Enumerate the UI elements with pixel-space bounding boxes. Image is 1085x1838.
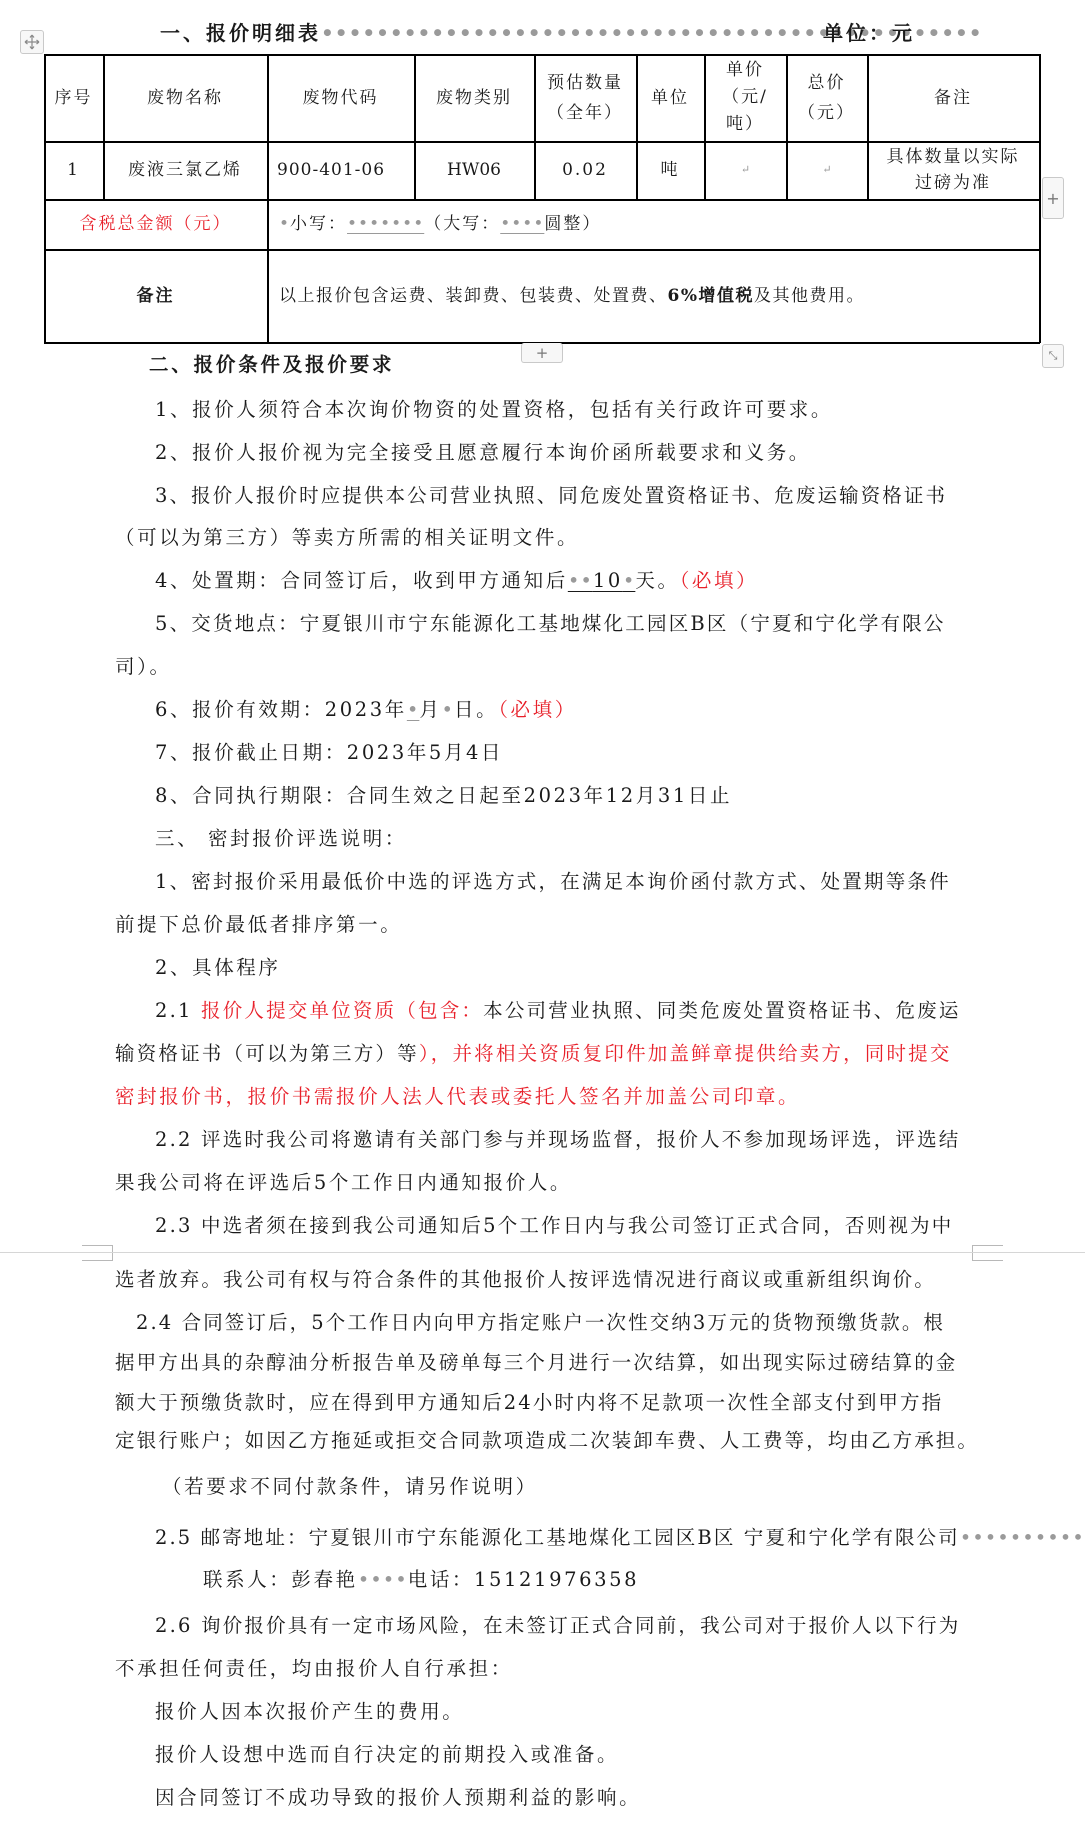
move-arrows-icon xyxy=(24,34,40,50)
add-column-button[interactable]: + xyxy=(1042,177,1064,219)
table-move-handle[interactable] xyxy=(20,30,44,54)
procedure-2-4-line4: 定银行账户；如因乙方拖延或拒交合同款项造成二次装卸车费、人工费等，均由乙方承担。 xyxy=(115,1428,979,1454)
condition-item-1: 1、报价人须符合本次询价物资的处置资格，包括有关行政许可要求。 xyxy=(155,397,833,423)
condition-item-8: 8、合同执行期限：合同生效之日起至2023年12月31日止 xyxy=(155,783,732,809)
header-waste-category: 废物类别 xyxy=(414,54,534,141)
evaluation-p1-line2: 前提下总价最低者排序第一。 xyxy=(115,912,402,938)
plus-icon: + xyxy=(1046,189,1059,208)
procedure-2-3-line2: 选者放弃。我公司有权与符合条件的其他报价人按评选情况进行商议或重新组织询价。 xyxy=(115,1267,936,1293)
condition-item-2: 2、报价人报价视为完全接受且愿意履行本询价函所载要求和义务。 xyxy=(155,440,811,466)
plus-icon: + xyxy=(536,344,549,362)
amount-uppercase-input[interactable]: •••• xyxy=(500,209,544,239)
row-waste-category[interactable]: HW06 xyxy=(414,141,534,199)
header-remark: 备注 xyxy=(867,54,1039,141)
header-estimated-quantity: 预估数量（全年） xyxy=(534,54,636,141)
row-index[interactable]: 1 xyxy=(44,141,103,199)
remark-text: 以上报价包含运费、装卸费、包装费、处置费、6%增值税及其他费用。 xyxy=(267,249,1039,342)
section3-title: 三、 密封报价评选说明： xyxy=(155,826,407,852)
procedure-2-6-line2: 不承担任何责任，均由报价人自行承担： xyxy=(115,1656,513,1682)
required-mark: （必填） xyxy=(498,698,577,721)
phone-number: 15121976358 xyxy=(474,1568,639,1591)
procedure-2-3-line1: 2.3 中选者须在接到我公司通知后5个工作日内与我公司签订正式合同，否则视为中 xyxy=(155,1213,953,1239)
header-index: 序号 xyxy=(44,54,103,141)
condition-item-3-line1: 3、报价人报价时应提供本公司营业执照、同危废处置资格证书、危废运输资格证书 xyxy=(155,483,947,509)
procedure-2-2-line1: 2.2 评选时我公司将邀请有关部门参与并现场监督，报价人不参加现场评选，评选结 xyxy=(155,1127,961,1153)
disclaimer-item-3: 因合同签订不成功导致的报价人预期利益的影响。 xyxy=(155,1785,641,1811)
condition-item-3-line2: （可以为第三方）等卖方所需的相关证明文件。 xyxy=(115,525,579,551)
condition-item-7: 7、报价截止日期：2023年5月4日 xyxy=(155,740,503,766)
condition-item-5-line1: 5、交货地点：宁夏银川市宁东能源化工基地煤化工园区B区（宁夏和宁化学有限公 xyxy=(155,611,946,637)
amount-lowercase-input[interactable]: ••••••• xyxy=(347,209,424,239)
header-waste-name: 废物名称 xyxy=(103,54,267,141)
page-break-line xyxy=(0,1252,1085,1253)
contact-line: 联系人：彭春艳••••电话：15121976358 xyxy=(203,1567,639,1593)
procedure-2-4-line3: 额大于预缴货款时，应在得到甲方通知后24小时内将不足款项一次性全部支付到甲方指 xyxy=(115,1390,943,1416)
procedure-2-2-line2: 果我公司将在评选后5个工作日内通知报价人。 xyxy=(115,1170,572,1196)
unit-label: 单位：元 xyxy=(823,20,915,46)
total-amount-field[interactable]: •小写： ••••••• （大写： •••• 圆整） xyxy=(267,199,1039,249)
procedure-2-6-line1: 2.6 询价报价具有一定市场风险，在未签订正式合同前，我公司对于报价人以下行为 xyxy=(155,1613,961,1639)
evaluation-p1-line1: 1、密封报价采用最低价中选的评选方式，在满足本询价函付款方式、处置期等条件 xyxy=(155,869,951,895)
procedure-2-1-line1: 2.1 报价人提交单位资质（包含：本公司营业执照、同类危废处置资格证书、危废运 xyxy=(155,998,961,1024)
disposal-days-input[interactable]: ••10• xyxy=(568,569,636,592)
payment-note: （若要求不同付款条件，请另作说明） xyxy=(162,1474,538,1500)
table-resize-handle[interactable]: ⤡ xyxy=(1042,344,1064,368)
validity-month-input[interactable]: • xyxy=(407,698,420,721)
add-row-button[interactable]: + xyxy=(521,343,563,363)
page-corner-mark xyxy=(972,1245,1003,1261)
procedure-2-5-address: 2.5 邮寄地址：宁夏银川市宁东能源化工基地煤化工园区B区 宁夏和宁化学有限公司… xyxy=(155,1525,1085,1551)
remark-label: 备注 xyxy=(44,249,267,342)
row-total-price-input[interactable]: ↵ xyxy=(786,141,867,199)
page-corner-mark xyxy=(82,1245,113,1261)
section2-title: 二、报价条件及报价要求 xyxy=(149,352,394,378)
evaluation-p2: 2、具体程序 xyxy=(155,955,281,981)
quote-table: 序号 废物名称 废物代码 废物类别 预估数量（全年） 单位 单价（元/吨） 总价… xyxy=(44,54,1040,343)
validity-day-input[interactable]: • xyxy=(441,698,454,721)
header-waste-code: 废物代码 xyxy=(267,54,414,141)
resize-diagonal-icon: ⤡ xyxy=(1049,349,1058,363)
procedure-2-1-line3: 密封报价书，报价书需报价人法人代表或委托人签名并加盖公司印章。 xyxy=(115,1084,800,1110)
condition-item-5-line2: 司）。 xyxy=(115,654,172,680)
condition-item-4: 4、处置期：合同签订后，收到甲方通知后••10•天。（必填） xyxy=(155,568,758,594)
header-unit-price: 单价（元/吨） xyxy=(704,54,786,141)
total-amount-label: 含税总金额（元） xyxy=(44,199,267,249)
disclaimer-item-1: 报价人因本次报价产生的费用。 xyxy=(155,1699,464,1725)
row-waste-code[interactable]: 900-401-06 xyxy=(267,141,414,199)
required-mark: （必填） xyxy=(680,569,759,592)
procedure-2-4-line2: 据甲方出具的杂醇油分析报告单及磅单每三个月进行一次结算，如出现实际过磅结算的金 xyxy=(115,1350,957,1376)
header-total-price: 总价（元） xyxy=(786,54,867,141)
row-unit[interactable]: 吨 xyxy=(636,141,704,199)
condition-item-6: 6、报价有效期：2023年•月•日。（必填） xyxy=(155,697,577,723)
row-waste-name[interactable]: 废液三氯乙烯 xyxy=(103,141,267,199)
row-quantity[interactable]: 0.02 xyxy=(534,141,636,199)
header-unit: 单位 xyxy=(636,54,704,141)
procedure-2-4-line1: 2.4 合同签订后，5个工作日内向甲方指定账户一次性交纳3万元的货物预缴货款。根 xyxy=(136,1310,945,1336)
disclaimer-item-2: 报价人设想中选而自行决定的前期投入或准备。 xyxy=(155,1742,619,1768)
procedure-2-1-line2: 输资格证书（可以为第三方）等），并将相关资质复印件加盖鲜章提供给卖方，同时提交 xyxy=(115,1041,952,1067)
row-remark[interactable]: 具体数量以实际过磅为准 xyxy=(867,141,1039,199)
row-unit-price-input[interactable]: ↵ xyxy=(704,141,786,199)
